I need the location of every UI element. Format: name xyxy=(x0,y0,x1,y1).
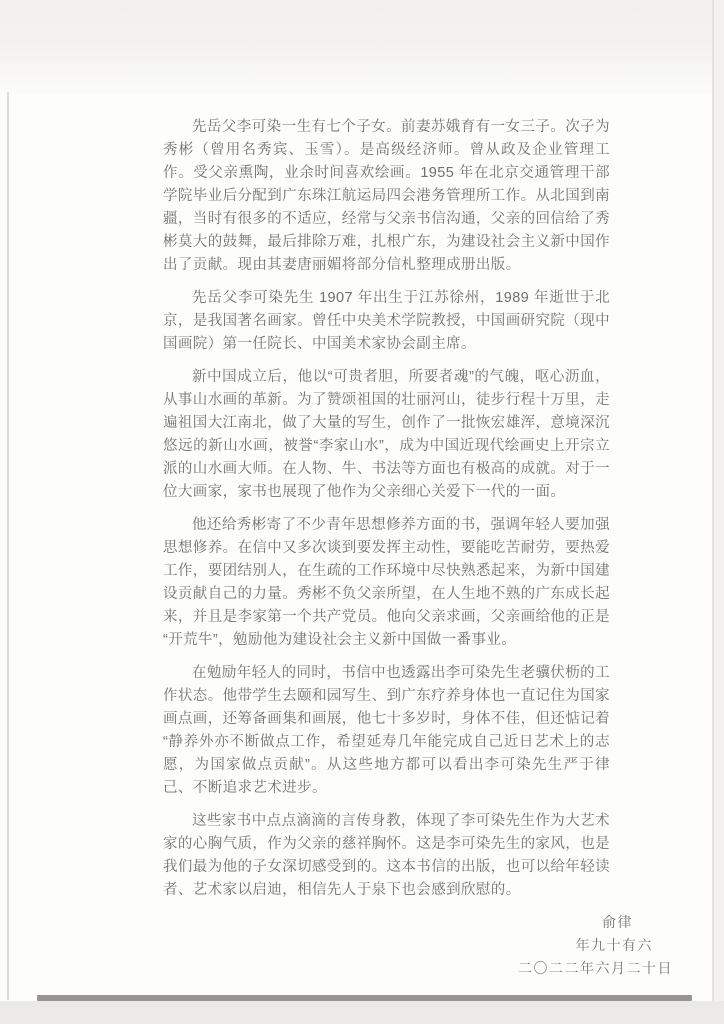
signature-name: 俞律 xyxy=(163,912,710,935)
paragraph-art-career: 新中国成立后，他以“可贵者胆，所要者魂”的气魄，呕心沥血，从事山水画的革新。为了… xyxy=(163,366,610,504)
scan-right-margin xyxy=(714,0,724,1024)
paragraph-family: 先岳父李可染一生有七个子女。前妻苏娥育有一女三子。次子为秀彬（曾用名秀宾、玉雪）… xyxy=(163,116,610,277)
preface-text: 先岳父李可染一生有七个子女。前妻苏娥育有一女三子。次子为秀彬（曾用名秀宾、玉雪）… xyxy=(163,116,610,981)
scan-bottom-shadow xyxy=(0,1001,724,1024)
scanned-page: 先岳父李可染一生有七个子女。前妻苏娥育有一女三子。次子为秀彬（曾用名秀宾、玉雪）… xyxy=(0,0,724,1024)
page-right-edge xyxy=(712,0,714,1024)
signature-block: 俞律 年九十有六 二〇二二年六月二十日 xyxy=(163,912,710,981)
paragraph-letters-advice: 他还给秀彬寄了不少青年思想修养方面的书，强调年轻人要加强思想修养。在信中又多次谈… xyxy=(163,514,610,652)
page-left-edge xyxy=(7,92,9,1000)
paragraph-work-ethic: 在勉励年轻人的同时，书信中也透露出李可染先生老骥伏枥的工作状态。他带学生去颐和园… xyxy=(163,662,610,800)
paragraph-biography: 先岳父李可染先生 1907 年出生于江苏徐州，1989 年逝世于北京，是我国著名… xyxy=(163,287,610,356)
scan-top-shadow xyxy=(0,0,724,94)
paragraph-closing: 这些家书中点点滴滴的言传身教，体现了李可染先生作为大艺术家的心胸气质，作为父亲的… xyxy=(163,810,610,902)
signature-age-note: 年九十有六 xyxy=(163,935,710,958)
signature-date: 二〇二二年六月二十日 xyxy=(163,958,710,981)
